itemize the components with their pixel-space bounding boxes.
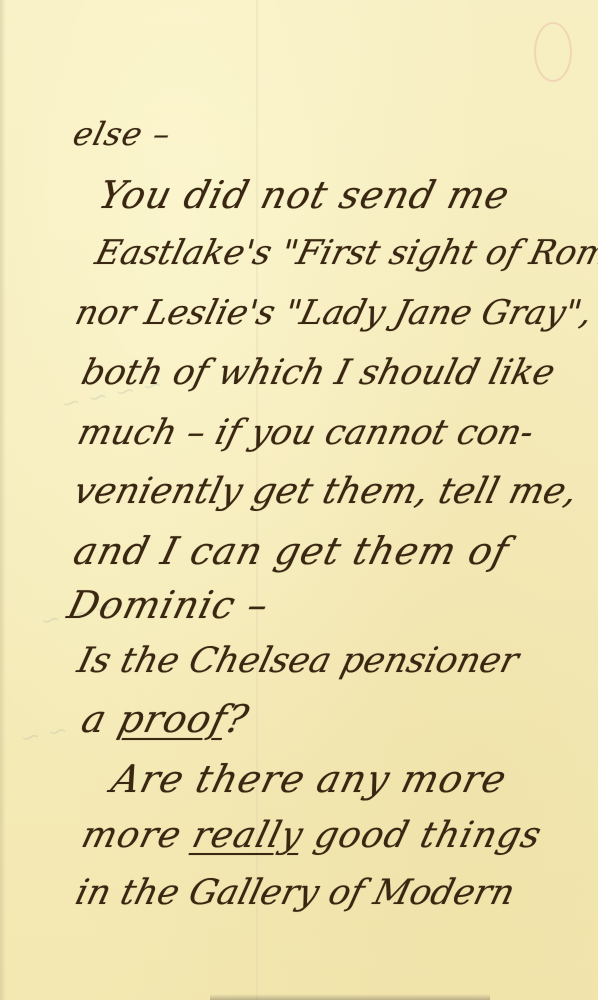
ink-bleed-through: ~ ~ (18, 715, 71, 752)
letter-page: ~ ~ ~ ~ ~ ~ ~ ~ ~ else – You did not sen… (0, 0, 598, 1000)
letter-line-4: nor Leslie's "Lady Jane Gray", (72, 296, 596, 330)
letter-line-13: more really good things (78, 818, 545, 854)
page-bottom-edge-shadow (210, 994, 490, 1000)
underlined-word-really: really (188, 815, 308, 856)
faint-stamp-mark (534, 22, 572, 82)
letter-line-8: and I can get them of (70, 532, 513, 570)
letter-line-2: You did not send me (95, 176, 514, 214)
letter-line-10: Is the Chelsea pensioner (74, 644, 522, 679)
underlined-word-proof: proof (114, 697, 232, 741)
letter-line-11: a proof? (78, 700, 253, 738)
letter-line-9: Dominic – (64, 586, 273, 624)
letter-line-5: both of which I should like (78, 356, 558, 391)
line-13-suffix: good things (298, 815, 546, 856)
letter-line-14: in the Gallery of Modern (72, 876, 518, 911)
line-13-prefix: more (78, 815, 199, 856)
letter-line-6: much – if you cannot con- (74, 416, 537, 451)
letter-line-7: veniently get them, tell me, (70, 474, 581, 510)
letter-line-3: Eastlake's "First sight of Rome" (92, 236, 598, 270)
letter-line-1: else – (70, 118, 175, 150)
letter-line-12: Are there any more (108, 760, 511, 798)
